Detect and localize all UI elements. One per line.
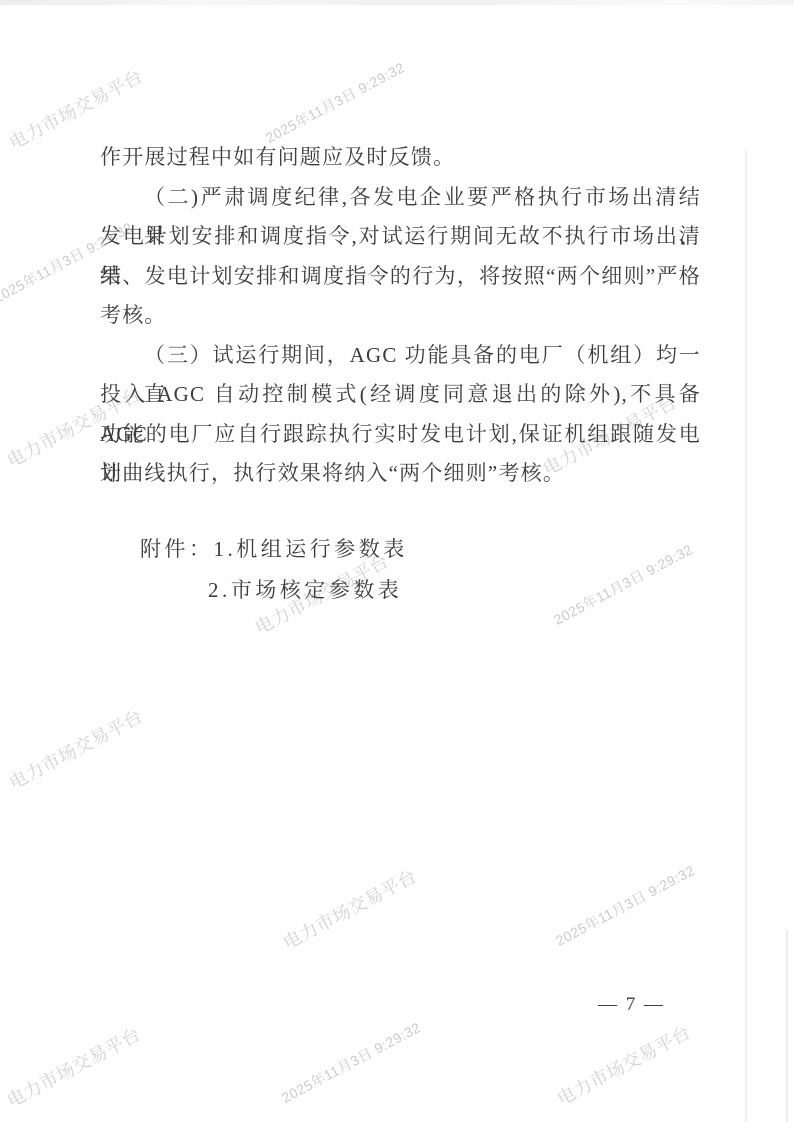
watermark-text: 电力市场交易平台 (278, 863, 421, 955)
text-line: （二)严肃调度纪律,各发电企业要严格执行市场出清结果、 (100, 178, 701, 218)
text-line: 果、发电计划安排和调度指令的行为，将按照“两个细则”严格 (100, 257, 701, 297)
document-body-text: 作开展过程中如有问题应及时反馈。 （二)严肃调度纪律,各发电企业要严格执行市场出… (100, 138, 701, 494)
watermark-text: 2025年11月3日 9:29:32 (550, 539, 696, 629)
text-line: 作开展过程中如有问题应及时反馈。 (100, 138, 701, 178)
watermark-text: 电力市场交易平台 (552, 1019, 695, 1111)
attachment-list: 附件：1.机组运行参数表 2.市场核定参数表 (140, 529, 408, 611)
scan-page-edge-shadow (786, 930, 788, 1122)
text-line: 发电计划安排和调度指令,对试运行期间无故不执行市场出清结 (100, 217, 701, 257)
attachment-item: 2.市场核定参数表 (208, 578, 402, 602)
attachment-label: 附件： (140, 537, 214, 561)
scanned-document-page: 电力市场交易平台2025年11月3日 9:29:322025年11月3日 9:2… (0, 0, 794, 1122)
scan-line-artifact (745, 150, 747, 1122)
attachment-line: 附件：1.机组运行参数表 (140, 529, 408, 570)
attachment-line: 2.市场核定参数表 (140, 570, 408, 611)
watermark-text: 电力市场交易平台 (4, 703, 147, 795)
text-line: 划曲线执行，执行效果将纳入“两个细则”考核。 (100, 454, 701, 494)
text-line: 功能的电厂应自行跟踪执行实时发电计划,保证机组跟随发电计 (100, 415, 701, 455)
text-line: （三）试运行期间，AGC 功能具备的电厂（机组）均一直 (100, 336, 701, 376)
page-number: — 7 — (598, 994, 665, 1016)
watermark-text: 2025年11月3日 9:29:32 (262, 57, 408, 147)
watermark-text: 2025年11月3日 9:29:32 (278, 1017, 424, 1107)
text-line: 投入 AGC 自动控制模式(经调度同意退出的除外),不具备 AGC (100, 375, 701, 415)
attachment-item: 1.机组运行参数表 (214, 537, 408, 561)
scan-edge-artifact-top (0, 0, 794, 5)
watermark-text: 2025年11月3日 9:29:32 (552, 860, 698, 950)
watermark-text: 电力市场交易平台 (2, 1021, 145, 1113)
text-line: 考核。 (100, 296, 701, 336)
